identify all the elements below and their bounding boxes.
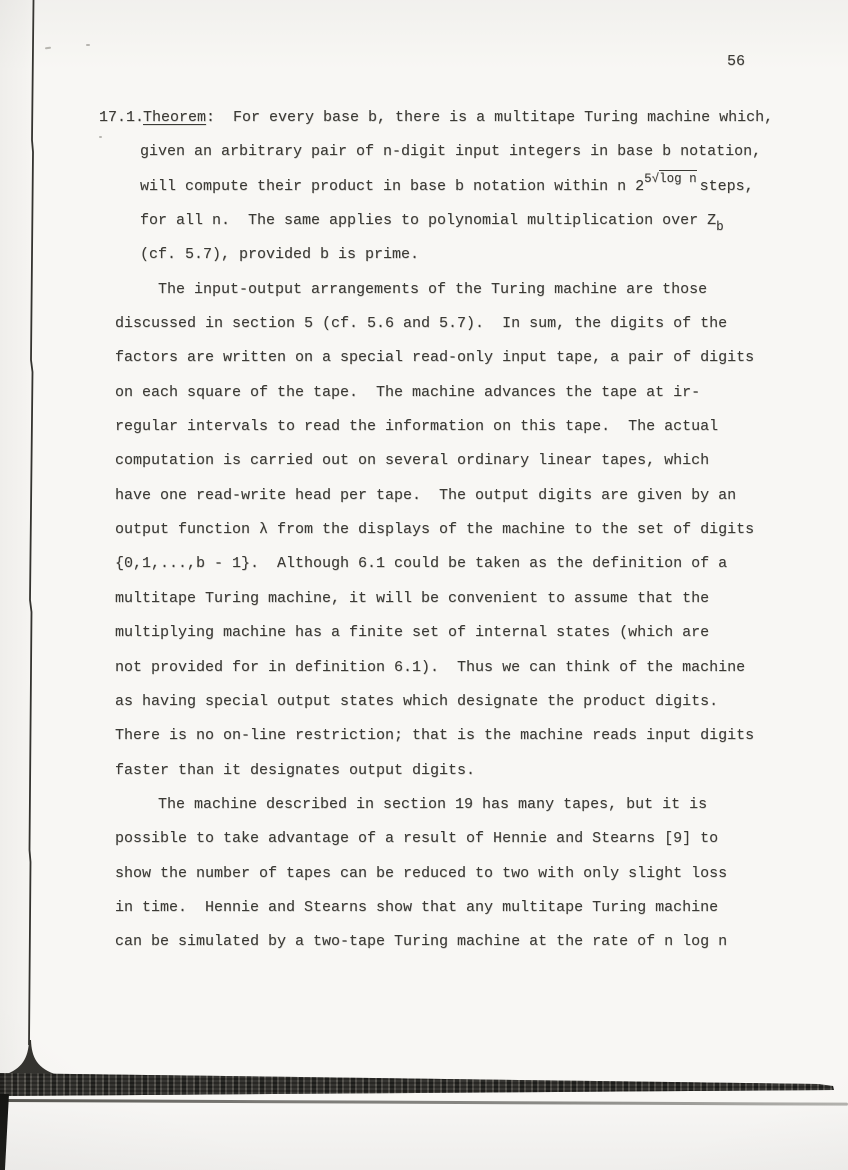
page-number: 56 (727, 52, 745, 72)
page-text: 17.1.Theorem: For every base b, there is… (0, 101, 848, 960)
theorem-text: For every base b, there is a multitape T… (215, 109, 773, 126)
text-line: computation is carried out on several or… (0, 444, 848, 478)
theorem-line-2: given an arbitrary pair of n-digit input… (0, 135, 848, 169)
text-line: multitape Turing machine, it will be con… (0, 582, 848, 616)
theorem-line-1: 17.1.Theorem: For every base b, there is… (0, 101, 848, 135)
scan-background-bottom (0, 1104, 848, 1170)
text-line: The machine described in section 19 has … (0, 788, 848, 822)
radicand: log n (659, 170, 697, 186)
radical-sign: √ (652, 172, 660, 186)
text-line: factors are written on a special read-on… (0, 341, 848, 375)
theorem-line-5: (cf. 5.7), provided b is prime. (0, 238, 848, 272)
scan-speck (86, 44, 90, 46)
scan-speck (99, 136, 102, 138)
theorem-label: Theorem (143, 109, 206, 126)
text-line: The input-output arrangements of the Tur… (0, 273, 848, 307)
subscript-b: b (716, 220, 724, 234)
text-line: regular intervals to read the informatio… (0, 410, 848, 444)
text-line: not provided for in definition 6.1). Thu… (0, 651, 848, 685)
theorem-label-colon: : (206, 109, 215, 126)
section-number: 17.1. (99, 101, 143, 135)
theorem-text: for all n. The same applies to polynomia… (140, 212, 716, 229)
text-line: discussed in section 5 (cf. 5.6 and 5.7)… (0, 307, 848, 341)
text-line: multiplying machine has a finite set of … (0, 616, 848, 650)
exponent-coefficient: 5 (644, 172, 652, 186)
text-line: {0,1,...,b - 1}. Although 6.1 could be t… (0, 547, 848, 581)
text-line: have one read-write head per tape. The o… (0, 479, 848, 513)
page-edge-flare (4, 1040, 58, 1075)
exponent-formula: 5√log n (644, 172, 697, 186)
theorem-text: steps, (700, 178, 754, 195)
theorem-line-3: will compute their product in base b not… (0, 170, 848, 204)
text-line: show the number of tapes can be reduced … (0, 857, 848, 891)
theorem-text: will compute their product in base b not… (140, 178, 644, 195)
text-line: possible to take advantage of a result o… (0, 822, 848, 856)
text-line: in time. Hennie and Stearns show that an… (0, 891, 848, 925)
text-line: faster than it designates output digits. (0, 754, 848, 788)
theorem-line-4: for all n. The same applies to polynomia… (0, 204, 848, 238)
text-line: as having special output states which de… (0, 685, 848, 719)
text-line: on each square of the tape. The machine … (0, 376, 848, 410)
scanned-page: 56 17.1.Theorem: For every base b, there… (0, 0, 848, 1170)
text-line: There is no on-line restriction; that is… (0, 719, 848, 753)
text-line: output function λ from the displays of t… (0, 513, 848, 547)
text-line: can be simulated by a two-tape Turing ma… (0, 925, 848, 959)
